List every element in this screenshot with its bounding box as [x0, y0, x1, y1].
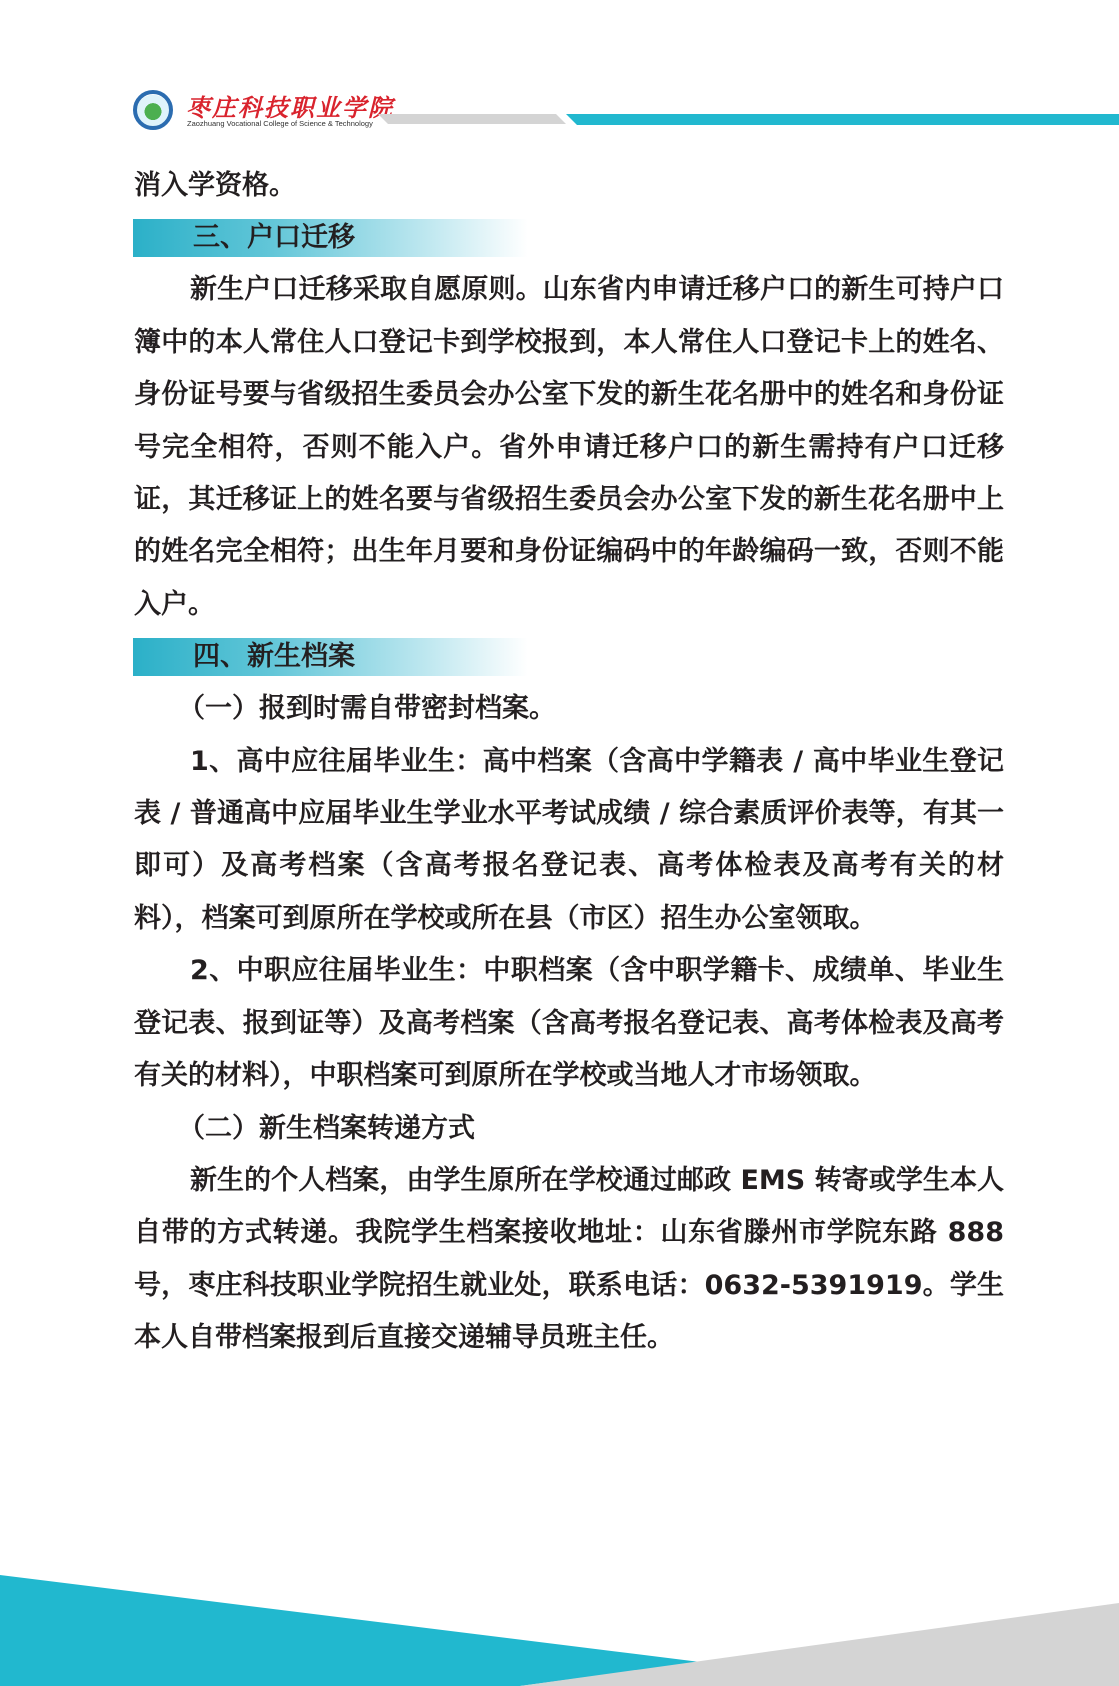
footer-decorative-shapes	[0, 1560, 1119, 1686]
subheading-sealed-archives: （一）报到时需自带密封档案。	[134, 683, 1004, 735]
header-decorative-bars	[0, 0, 1119, 150]
hukou-paragraph: 新生户口迁移采取自愿原则。山东省内申请迁移户口的新生可持户口簿中的本人常住人口登…	[134, 264, 1004, 631]
page-header: 枣庄科技职业学院 Zaozhuang Vocational College of…	[0, 0, 1119, 150]
document-body: 消入学资格。 三、户口迁移 新生户口迁移采取自愿原则。山东省内申请迁移户口的新生…	[134, 160, 1004, 1365]
section-heading-hukou: 三、户口迁移	[133, 219, 528, 257]
carryover-text: 消入学资格。	[134, 160, 1004, 212]
footer-gray-shape	[520, 1603, 1119, 1686]
header-gray-bar	[378, 114, 566, 124]
section-heading-archives: 四、新生档案	[133, 638, 528, 676]
header-teal-bar	[566, 114, 1119, 125]
footer-teal-shape	[0, 1575, 700, 1686]
subheading-transfer-method: （二）新生档案转递方式	[134, 1103, 1004, 1155]
item-vocational-graduates: 2、中职应往届毕业生：中职档案（含中职学籍卡、成绩单、毕业生登记表、报到证等）及…	[134, 945, 1004, 1102]
transfer-method-paragraph: 新生的个人档案，由学生原所在学校通过邮政 EMS 转寄或学生本人自带的方式转递。…	[134, 1155, 1004, 1365]
item-high-school-graduates: 1、高中应往届毕业生：高中档案（含高中学籍表 / 高中毕业生登记表 / 普通高中…	[134, 736, 1004, 946]
